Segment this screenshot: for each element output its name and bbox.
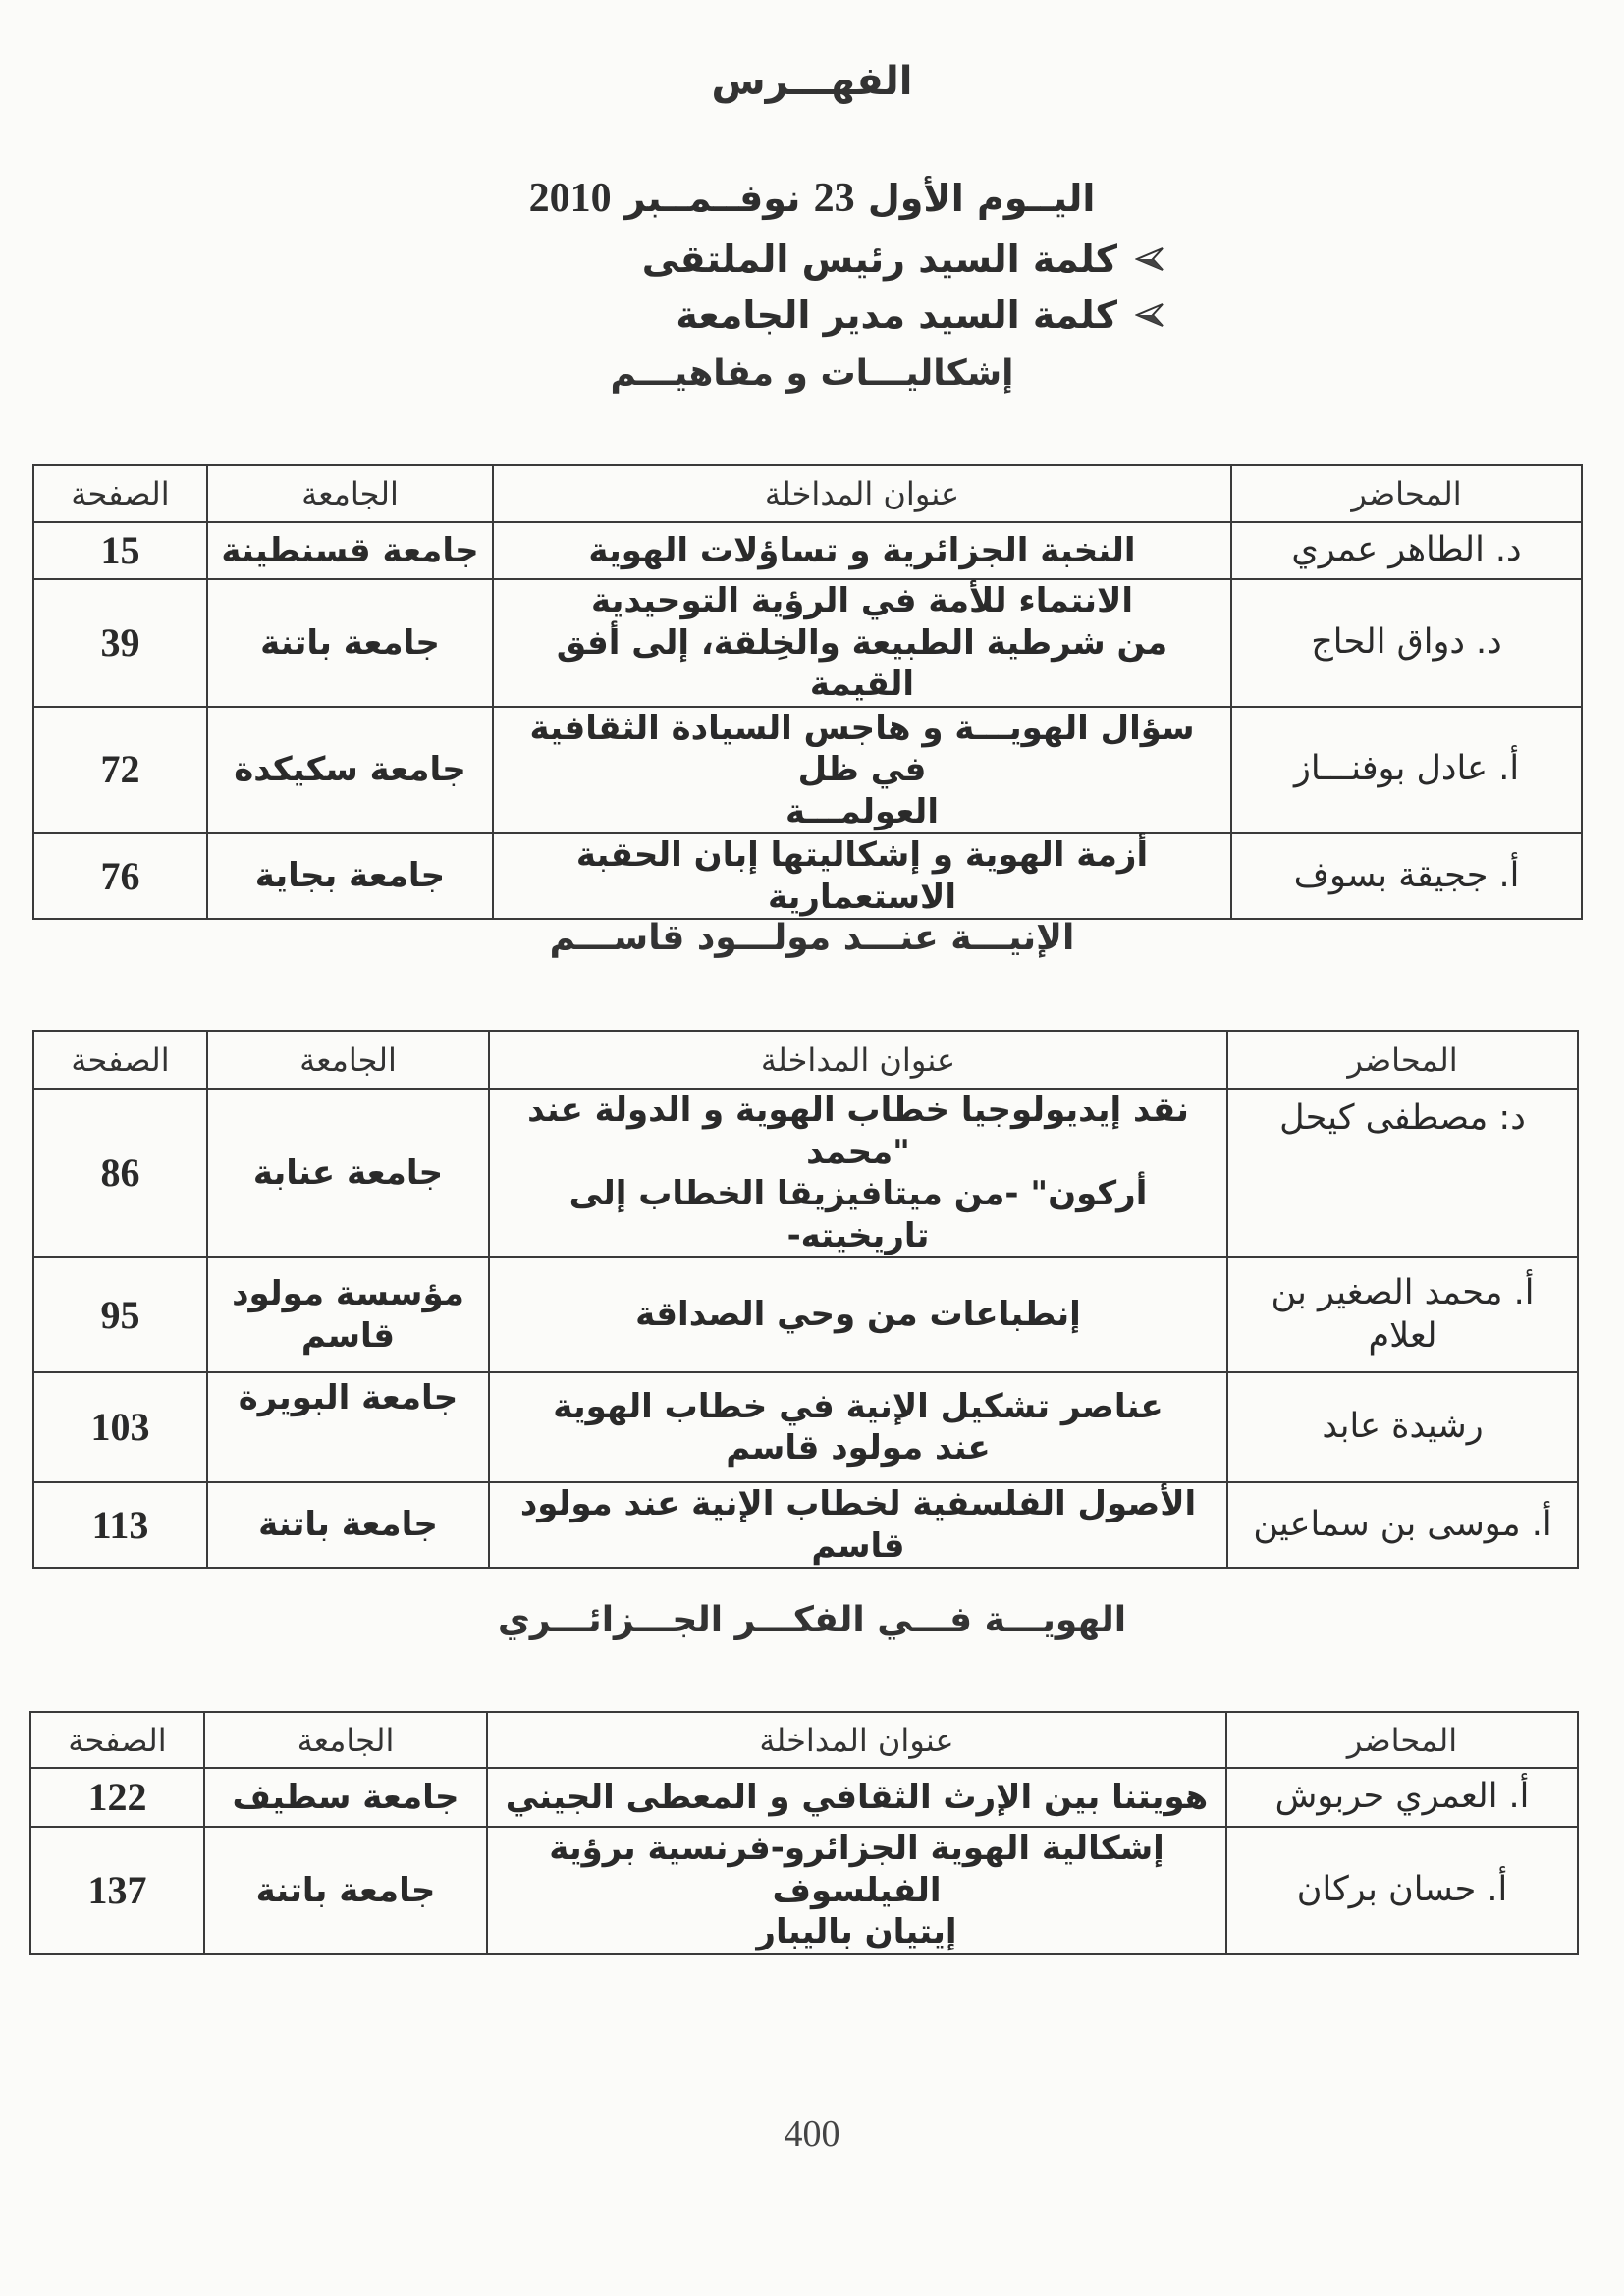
title-cell: سؤال الهويـــة و هاجس السيادة الثقافية ف… bbox=[493, 707, 1231, 834]
university-cell: جامعة باتنة bbox=[207, 579, 493, 707]
year-number: 2010 bbox=[529, 176, 612, 221]
header-title: عنوان المداخلة bbox=[493, 465, 1231, 522]
header-title: عنوان المداخلة bbox=[489, 1031, 1227, 1089]
page-cell: 95 bbox=[33, 1257, 207, 1372]
speaker-cell: أ. حسان بركان bbox=[1226, 1827, 1578, 1954]
title-cell: إنطباعات من وحي الصداقة bbox=[489, 1257, 1227, 1372]
university-cell: جامعة قسنطينة bbox=[207, 522, 493, 579]
opening-item: كلمة السيد رئيس الملتقى bbox=[642, 238, 1164, 281]
university-cell: جامعة البويرة bbox=[207, 1372, 489, 1482]
page-cell: 76 bbox=[33, 833, 207, 919]
page-cell: 103 bbox=[33, 1372, 207, 1482]
speaker-cell: د. دواق الحاج bbox=[1231, 579, 1582, 707]
speaker-cell: د: مصطفى كيحل bbox=[1227, 1089, 1578, 1257]
day-number: 23 bbox=[814, 176, 855, 221]
toc-table: المحاضر عنوان المداخلة الجامعة الصفحة د:… bbox=[32, 1030, 1579, 1569]
section-heading: الإنيـــة عنـــد مولـــود قاســـم bbox=[0, 918, 1624, 958]
table-header-row: المحاضر عنوان المداخلة الجامعة الصفحة bbox=[33, 465, 1582, 522]
header-page: الصفحة bbox=[33, 1031, 207, 1089]
table-row: أ. حسان بركان إشكالية الهوية الجزائرو-فر… bbox=[30, 1827, 1578, 1954]
speaker-cell: أ. موسى بن سماعين bbox=[1227, 1482, 1578, 1568]
table-row: رشيدة عابد عناصر تشكيل الإنية في خطاب ال… bbox=[33, 1372, 1578, 1482]
speaker-cell: رشيدة عابد bbox=[1227, 1372, 1578, 1482]
page-cell: 86 bbox=[33, 1089, 207, 1257]
title-cell: نقد إيديولوجيا خطاب الهوية و الدولة عند … bbox=[489, 1089, 1227, 1257]
title-cell: الانتماء للأمة في الرؤية التوحيديةمن شرط… bbox=[493, 579, 1231, 707]
speaker-cell: د. الطاهر عمري bbox=[1231, 522, 1582, 579]
page-cell: 15 bbox=[33, 522, 207, 579]
title-cell: النخبة الجزائرية و تساؤلات الهوية bbox=[493, 522, 1231, 579]
table-row: أ. ججيقة بسوف أزمة الهوية و إشكاليتها إب… bbox=[33, 833, 1582, 919]
university-cell: مؤسسة مولودقاسم bbox=[207, 1257, 489, 1372]
page-cell: 72 bbox=[33, 707, 207, 834]
header-university: الجامعة bbox=[207, 1031, 489, 1089]
header-university: الجامعة bbox=[207, 465, 493, 522]
university-cell: جامعة باتنة bbox=[207, 1482, 489, 1568]
toc-table: المحاضر عنوان المداخلة الجامعة الصفحة أ.… bbox=[29, 1711, 1579, 1955]
speaker-cell: أ. العمري حربوش bbox=[1226, 1768, 1578, 1827]
table-row: أ. العمري حربوش هويتنا بين الإرث الثقافي… bbox=[30, 1768, 1578, 1827]
section-heading: الهويـــة فـــي الفكـــر الجـــزائـــري bbox=[0, 1600, 1624, 1640]
title-cell: إشكالية الهوية الجزائرو-فرنسية برؤية الف… bbox=[487, 1827, 1226, 1954]
day-label: اليــوم الأول bbox=[868, 177, 1096, 220]
day-date-line: اليــوم الأول 23 نوفــمــبر 2010 bbox=[0, 175, 1624, 222]
header-speaker: المحاضر bbox=[1227, 1031, 1578, 1089]
header-speaker: المحاضر bbox=[1226, 1712, 1578, 1768]
university-cell: جامعة بجاية bbox=[207, 833, 493, 919]
page-cell: 137 bbox=[30, 1827, 204, 1954]
table-header-row: المحاضر عنوان المداخلة الجامعة الصفحة bbox=[30, 1712, 1578, 1768]
title-cell: هويتنا بين الإرث الثقافي و المعطى الجيني bbox=[487, 1768, 1226, 1827]
month-label: نوفــمــبر bbox=[624, 177, 801, 220]
university-cell: جامعة عنابة bbox=[207, 1089, 489, 1257]
table-row: أ. عادل بوفنـــاز سؤال الهويـــة و هاجس … bbox=[33, 707, 1582, 834]
header-page: الصفحة bbox=[30, 1712, 204, 1768]
title-cell: الأصول الفلسفية لخطاب الإنية عند مولود ق… bbox=[489, 1482, 1227, 1568]
page-cell: 39 bbox=[33, 579, 207, 707]
university-cell: جامعة باتنة bbox=[204, 1827, 487, 1954]
title-cell: عناصر تشكيل الإنية في خطاب الهويةعند مول… bbox=[489, 1372, 1227, 1482]
header-page: الصفحة bbox=[33, 465, 207, 522]
university-cell: جامعة سطيف bbox=[204, 1768, 487, 1827]
table-row: د: مصطفى كيحل نقد إيديولوجيا خطاب الهوية… bbox=[33, 1089, 1578, 1257]
header-speaker: المحاضر bbox=[1231, 465, 1582, 522]
university-cell: جامعة سكيكدة bbox=[207, 707, 493, 834]
page-cell: 113 bbox=[33, 1482, 207, 1568]
opening-item-text: كلمة السيد مدير الجامعة bbox=[676, 294, 1117, 337]
speaker-cell: أ. ججيقة بسوف bbox=[1231, 833, 1582, 919]
opening-item: كلمة السيد مدير الجامعة bbox=[676, 294, 1164, 337]
header-title: عنوان المداخلة bbox=[487, 1712, 1226, 1768]
table-row: د. الطاهر عمري النخبة الجزائرية و تساؤلا… bbox=[33, 522, 1582, 579]
speaker-cell: أ. عادل بوفنـــاز bbox=[1231, 707, 1582, 834]
index-title: الفهـــرس bbox=[0, 59, 1624, 104]
section-heading: إشكاليـــات و مفاهيـــم bbox=[0, 353, 1624, 394]
toc-table: المحاضر عنوان المداخلة الجامعة الصفحة د.… bbox=[32, 464, 1583, 920]
speaker-cell: أ. محمد الصغير بنلعلام bbox=[1227, 1257, 1578, 1372]
title-cell: أزمة الهوية و إشكاليتها إبان الحقبة الاس… bbox=[493, 833, 1231, 919]
arrow-bullet-icon bbox=[1135, 244, 1164, 274]
table-header-row: المحاضر عنوان المداخلة الجامعة الصفحة bbox=[33, 1031, 1578, 1089]
arrow-bullet-icon bbox=[1135, 300, 1164, 330]
table-row: د. دواق الحاج الانتماء للأمة في الرؤية ا… bbox=[33, 579, 1582, 707]
header-university: الجامعة bbox=[204, 1712, 487, 1768]
page-number: 400 bbox=[0, 2112, 1624, 2156]
table-row: أ. محمد الصغير بنلعلام إنطباعات من وحي ا… bbox=[33, 1257, 1578, 1372]
table-row: أ. موسى بن سماعين الأصول الفلسفية لخطاب … bbox=[33, 1482, 1578, 1568]
opening-item-text: كلمة السيد رئيس الملتقى bbox=[642, 238, 1117, 281]
page-cell: 122 bbox=[30, 1768, 204, 1827]
